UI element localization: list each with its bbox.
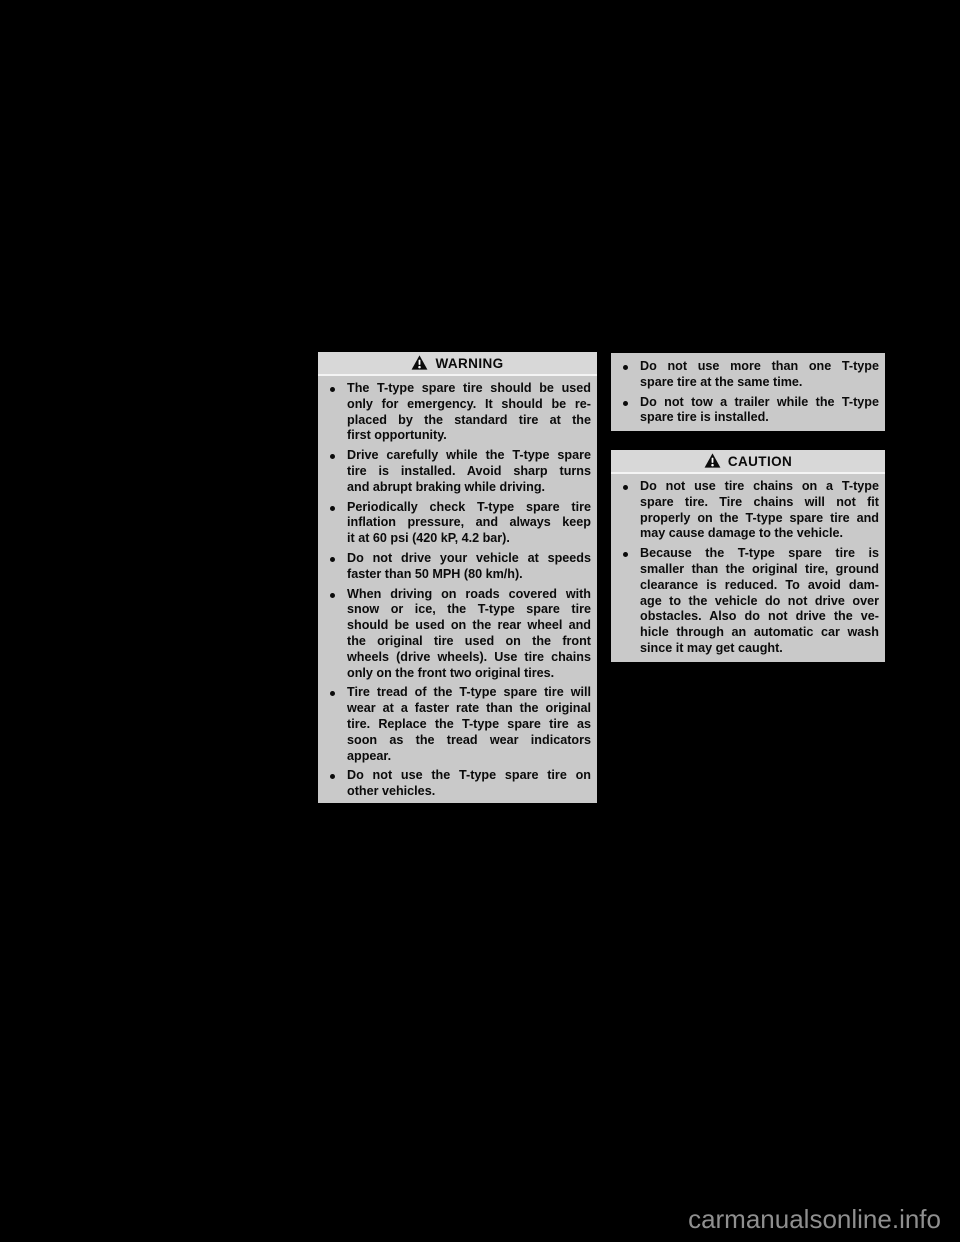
bullet-line: only for emergency. It should be re- — [347, 397, 591, 413]
bullet-line: inflation pressure, and always keep — [347, 515, 591, 531]
manual-page: WARNING The T-type spare tire should be … — [0, 0, 960, 1242]
bullet-item: Periodically check T-type spare tireinfl… — [326, 500, 591, 547]
bullet-line: other vehicles. — [347, 784, 591, 800]
bullet-line: Do not use tire chains on a T-type — [640, 479, 879, 495]
bullet-text: Do not use the T-type spare tire onother… — [347, 768, 591, 800]
bullet-text: Periodically check T-type spare tireinfl… — [347, 500, 591, 547]
bullet-dot-icon — [623, 365, 628, 370]
bullet-dot-icon — [330, 593, 335, 598]
bullet-line: the original tire used on the front — [347, 634, 591, 650]
bullet-dot-icon — [330, 506, 335, 511]
bullet-dot-icon — [623, 401, 628, 406]
bullet-item: Tire tread of the T-type spare tire will… — [326, 685, 591, 764]
bullet-line: may cause damage to the vehicle. — [640, 526, 879, 542]
bullet-line: Do not use the T-type spare tire on — [347, 768, 591, 784]
caution-box: CAUTION Do not use tire chains on a T-ty… — [611, 450, 885, 662]
bullet-text: Do not drive your vehicle at speedsfaste… — [347, 551, 591, 583]
bullet-item: Because the T-type spare tire issmaller … — [619, 546, 879, 657]
warning-box: WARNING The T-type spare tire should be … — [318, 352, 597, 803]
bullet-line: obstacles. Also do not drive the ve- — [640, 609, 879, 625]
bullet-dot-icon — [623, 552, 628, 557]
bullet-line: spare tire. Tire chains will not fit — [640, 495, 879, 511]
caution-box-header: CAUTION — [611, 450, 885, 474]
bullet-line: hicle through an automatic car wash — [640, 625, 879, 641]
watermark: carmanualsonline.info — [688, 1204, 941, 1235]
bullet-line: since it may get caught. — [640, 641, 879, 657]
bullet-line: wheels (drive wheels). Use tire chains — [347, 650, 591, 666]
bullet-line: first opportunity. — [347, 428, 591, 444]
bullet-text: Tire tread of the T-type spare tire will… — [347, 685, 591, 764]
bullet-line: and abrupt braking while driving. — [347, 480, 591, 496]
bullet-item: When driving on roads covered withsnow o… — [326, 587, 591, 682]
warning-continued-box: Do not use more than one T-typespare tir… — [611, 353, 885, 431]
bullet-line: Do not use more than one T-type — [640, 359, 879, 375]
bullet-line: spare tire at the same time. — [640, 375, 879, 391]
bullet-line: Periodically check T-type spare tire — [347, 500, 591, 516]
bullet-dot-icon — [623, 485, 628, 490]
bullet-item: Drive carefully while the T-type spareti… — [326, 448, 591, 495]
bullet-item: Do not use the T-type spare tire onother… — [326, 768, 591, 800]
bullet-line: faster than 50 MPH (80 km/h). — [347, 567, 591, 583]
bullet-line: should be used on the rear wheel and — [347, 618, 591, 634]
bullet-text: Drive carefully while the T-type spareti… — [347, 448, 591, 495]
bullet-item: Do not drive your vehicle at speedsfaste… — [326, 551, 591, 583]
warning-bullet-list: The T-type spare tire should be usedonly… — [318, 376, 597, 805]
bullet-line: Because the T-type spare tire is — [640, 546, 879, 562]
bullet-dot-icon — [330, 774, 335, 779]
bullet-line: Tire tread of the T-type spare tire will — [347, 685, 591, 701]
bullet-line: Drive carefully while the T-type spare — [347, 448, 591, 464]
caution-title: CAUTION — [728, 454, 792, 469]
bullet-line: appear. — [347, 749, 591, 765]
bullet-text: Do not tow a trailer while the T-typespa… — [640, 395, 879, 427]
caution-triangle-icon — [704, 453, 721, 468]
bullet-dot-icon — [330, 387, 335, 392]
bullet-line: When driving on roads covered with — [347, 587, 591, 603]
bullet-item: Do not use tire chains on a T-typespare … — [619, 479, 879, 542]
bullet-dot-icon — [330, 691, 335, 696]
bullet-line: placed by the standard tire at the — [347, 413, 591, 429]
bullet-item: Do not use more than one T-typespare tir… — [619, 359, 879, 391]
bullet-line: wear at a faster rate than the original — [347, 701, 591, 717]
bullet-line: clearance is reduced. To avoid dam- — [640, 578, 879, 594]
bullet-text: Because the T-type spare tire issmaller … — [640, 546, 879, 657]
bullet-line: only on the front two original tires. — [347, 666, 591, 682]
bullet-line: Do not tow a trailer while the T-type — [640, 395, 879, 411]
bullet-line: age to the vehicle do not drive over — [640, 594, 879, 610]
bullet-item: The T-type spare tire should be usedonly… — [326, 381, 591, 444]
bullet-dot-icon — [330, 557, 335, 562]
bullet-text: When driving on roads covered withsnow o… — [347, 587, 591, 682]
bullet-line: soon as the tread wear indicators — [347, 733, 591, 749]
warning-title: WARNING — [435, 356, 503, 371]
bullet-text: The T-type spare tire should be usedonly… — [347, 381, 591, 444]
bullet-text: Do not use tire chains on a T-typespare … — [640, 479, 879, 542]
bullet-line: Do not drive your vehicle at speeds — [347, 551, 591, 567]
bullet-line: tire is installed. Avoid sharp turns — [347, 464, 591, 480]
bullet-line: snow or ice, the T-type spare tire — [347, 602, 591, 618]
warning-continued-bullet-list: Do not use more than one T-typespare tir… — [611, 353, 885, 431]
bullet-line: smaller than the original tire, ground — [640, 562, 879, 578]
bullet-line: tire. Replace the T-type spare tire as — [347, 717, 591, 733]
bullet-line: spare tire is installed. — [640, 410, 879, 426]
bullet-line: properly on the T-type spare tire and — [640, 511, 879, 527]
warning-box-header: WARNING — [318, 352, 597, 376]
warning-triangle-icon — [411, 355, 428, 370]
bullet-line: it at 60 psi (420 kP, 4.2 bar). — [347, 531, 591, 547]
bullet-text: Do not use more than one T-typespare tir… — [640, 359, 879, 391]
bullet-item: Do not tow a trailer while the T-typespa… — [619, 395, 879, 427]
caution-bullet-list: Do not use tire chains on a T-typespare … — [611, 474, 885, 662]
bullet-dot-icon — [330, 454, 335, 459]
bullet-line: The T-type spare tire should be used — [347, 381, 591, 397]
